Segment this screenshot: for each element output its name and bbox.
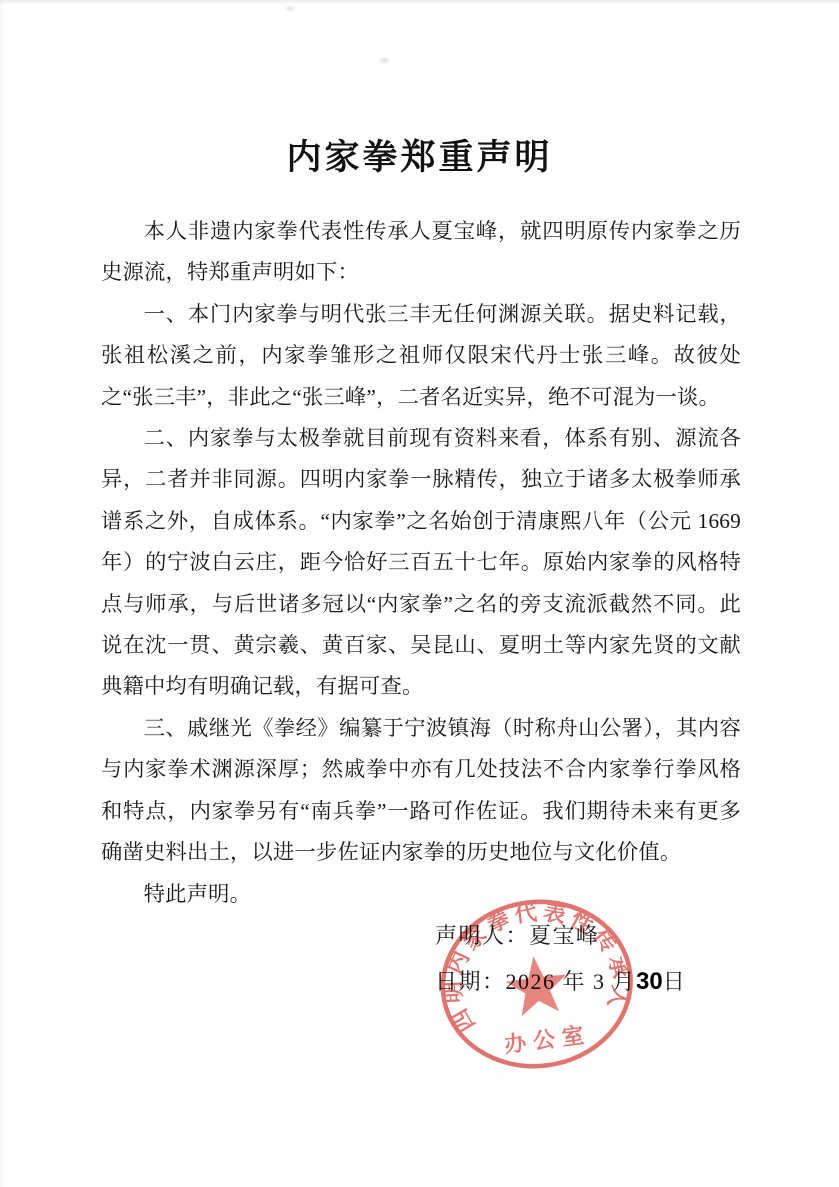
date-line: 日期：2026 年 3 月30日 — [435, 959, 686, 1005]
paragraph-item-3: 三、戚继光《拳经》编纂于宁波镇海（时称舟山公署），其内容与内家拳术渊源深厚；然戚… — [101, 708, 741, 874]
scanned-document-page: 内家拳郑重声明 本人非遗内家拳代表性传承人夏宝峰，就四明原传内家拳之历史源流，特… — [0, 0, 839, 1187]
document-body: 本人非遗内家拳代表性传承人夏宝峰，就四明原传内家拳之历史源流，特郑重声明如下： … — [101, 211, 741, 915]
paragraph-item-1: 一、本门内家拳与明代张三丰无任何渊源关联。据史料记载，张祖松溪之前，内家拳雏形之… — [101, 294, 741, 418]
declarant-line: 声明人：夏宝峰 — [435, 923, 600, 948]
date-prefix: 日期：2026 年 3 月 — [435, 969, 636, 994]
handwritten-day: 30 — [636, 968, 663, 995]
signature-block: 声明人：夏宝峰 日期：2026 年 3 月30日 — [435, 913, 686, 1005]
paragraph-closing: 特此声明。 — [101, 874, 741, 915]
scan-speck — [380, 58, 389, 63]
paragraph-item-2: 二、内家拳与太极拳就目前现有资料来看，体系有别、源流各异，二者并非同源。四明内家… — [101, 418, 741, 708]
seal-office-text: 办公室 — [503, 1022, 592, 1057]
paragraph-intro: 本人非遗内家拳代表性传承人夏宝峰，就四明原传内家拳之历史源流，特郑重声明如下： — [101, 211, 741, 294]
date-suffix: 日 — [663, 969, 687, 994]
scan-speck — [286, 7, 294, 10]
document-title: 内家拳郑重声明 — [0, 130, 839, 180]
